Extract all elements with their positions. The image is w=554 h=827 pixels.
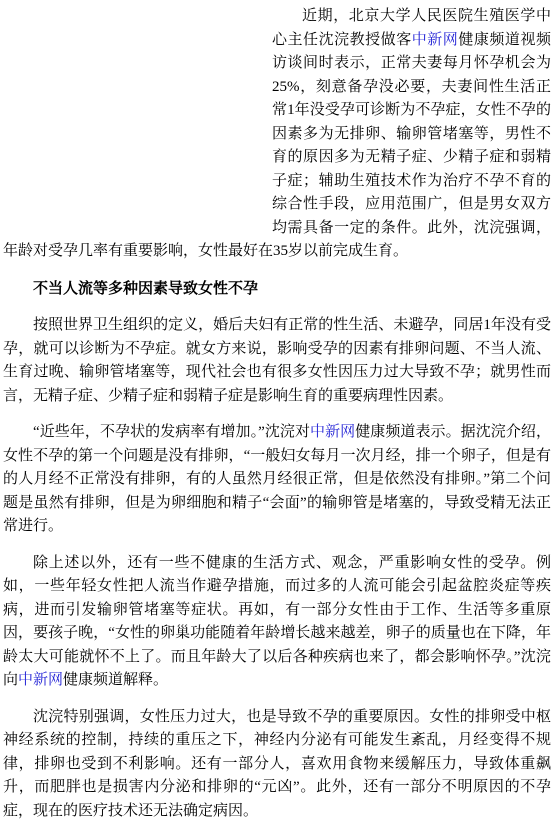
- paragraph-lifestyle-factors: 除上述以外，还有一些不健康的生活方式、观念，严重影响女性的受孕。例如，一些年轻女…: [3, 552, 551, 693]
- text-run: 健康频道解释。: [63, 672, 168, 688]
- text-run: 健康频道表示。据沈浣介绍，女性不孕的第一个问题是没有排卵，“一般妇女每月一次月经…: [3, 424, 551, 534]
- paragraph-stress-factors: 沈浣特别强调，女性压力过大，也是导致不孕的重要原因。女性的排卵受中枢神经系统的控…: [3, 706, 551, 824]
- chinanews-link[interactable]: 中新网: [412, 32, 459, 48]
- paragraph-who-definition: 按照世界卫生组织的定义，婚后夫妇有正常的性生活、未避孕，同居1年没有受孕，就可以…: [3, 314, 551, 408]
- chinanews-link[interactable]: 中新网: [18, 672, 63, 688]
- media-placeholder: [3, 5, 272, 237]
- text-run: 除上述以外，还有一些不健康的生活方式、观念，严重影响女性的受孕。例如，一些年轻女…: [3, 555, 551, 689]
- section-heading: 不当人流等多种因素导致女性不孕: [3, 278, 551, 302]
- chinanews-link[interactable]: 中新网: [310, 424, 355, 440]
- text-run: “近些年，不孕状的发病率有增加。”沈浣对: [33, 424, 310, 440]
- article-page: 近期，北京大学人民医院生殖医学中心主任沈浣教授做客中新网健康频道视频访谈间时表示…: [0, 0, 554, 827]
- paragraph-ovulation-problems: “近些年，不孕状的发病率有增加。”沈浣对中新网健康频道表示。据沈浣介绍，女性不孕…: [3, 421, 551, 539]
- text-run: 按照世界卫生组织的定义，婚后夫妇有正常的性生活、未避孕，同居1年没有受孕，就可以…: [3, 317, 551, 404]
- text-run: 沈浣特别强调，女性压力过大，也是导致不孕的重要原因。女性的排卵受中枢神经系统的控…: [3, 709, 551, 819]
